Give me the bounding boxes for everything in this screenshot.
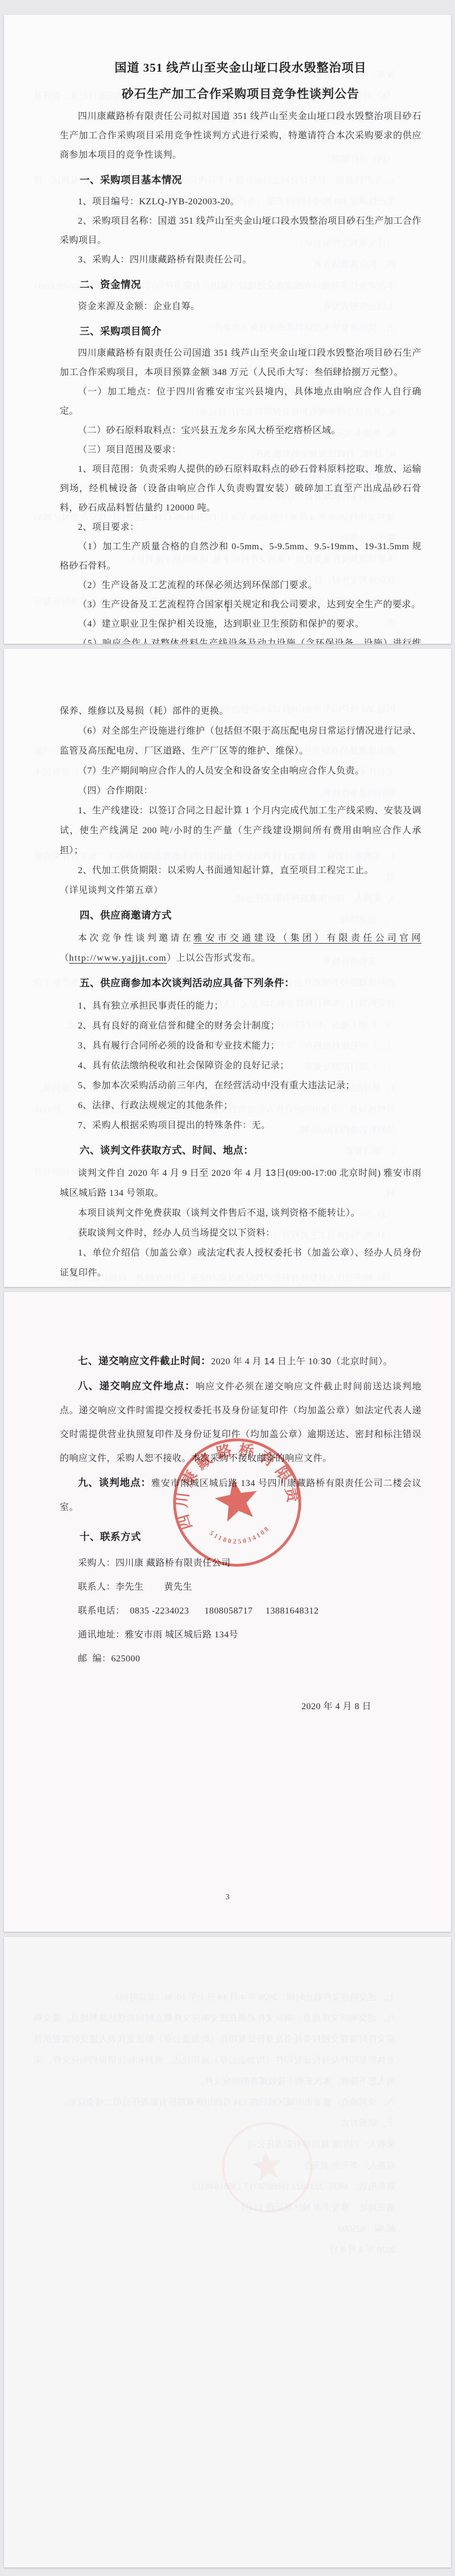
- text-line: （2）生产设备及工艺流程的环保必须达到环保部门要求。: [60, 576, 421, 595]
- text-line: 1、项目编号：KZLQ-JYB-202003-20。: [60, 192, 421, 212]
- text-line: 本次竞争性谈判邀请在雅安市交通建设（集团）有限责任公司官网（http://www…: [60, 928, 421, 968]
- text-line: （一）加工地点：位于四川省雅安市宝兴县境内，具体地点由响应合作人自行确定。: [60, 382, 421, 421]
- text-line: （二）砂石原料取料点：宝兴县五龙乡东风大桥至疙瘩桥区域。: [60, 421, 421, 441]
- text-line: 资金来源及金额：企业自筹。: [60, 297, 421, 316]
- page-1-content: 国道 351 线芦山至夹金山垭口段水毁整治项目砂石生产加工合作采购项目竞争性谈判…: [4, 15, 451, 644]
- document-title-line: 砂石生产加工合作采购项目竞争性谈判公告: [60, 81, 421, 107]
- text-line: 四川康藏路桥有限责任公司国道 351 线芦山至夹金山垭口段水毁整治项目砂石生产加…: [60, 344, 421, 382]
- section-heading: 四、供应商邀请方式: [60, 906, 421, 925]
- text-span: （: [60, 953, 69, 963]
- text-line: 4、具有依法缴纳税收和社会保障资金的良好记录；: [60, 1056, 421, 1076]
- text-line: 2、具有良好的商业信誉和健全的财务会计制度；: [60, 1016, 421, 1036]
- document-page-1: 保养、维修以及易损（耗）部件的更换。（6）对全部生产设施进行维护（包括但不限于高…: [4, 15, 451, 644]
- text-line: （7）生产期间响应合作人的人员安全和设备安全由响应合作人负责。: [60, 761, 421, 781]
- text-line: 联系电话： 0835 -2234023 1808058717 138816483…: [60, 1599, 421, 1623]
- document-title-line: 国道 351 线芦山至夹金山垭口段水毁整治项目: [60, 55, 421, 81]
- text-line: 获取谈判文件时，经办人员当场提交以下资料：: [60, 1223, 421, 1243]
- ghost-text-line: 七、递交响应文件截止时间：2020 年 4 月 14 日上午 10:30（北京时…: [34, 1987, 395, 2008]
- text-line: 2、代加工供货期限：以采购人书面通知起计算，直至项目工程完工止。: [60, 861, 421, 880]
- text-span: ）上以公告形式发布。: [167, 953, 260, 963]
- text-line: （三）项目范围及要求：: [60, 441, 421, 460]
- clause-lead: 七、递交响应文件截止时间：: [78, 1355, 211, 1367]
- text-line: 1、具有独立承担民事责任的能力；: [60, 996, 421, 1016]
- text-line: 邮 编：625000: [60, 1647, 421, 1671]
- date-line: 2020 年 4 月 8 日: [60, 1695, 421, 1719]
- scanned-document-canvas: { "document": { "pages": [ { "page_label…: [0, 0, 455, 2576]
- svg-text:5118025034108: 5118025034108: [207, 1519, 272, 1551]
- text-line: 6、法律、行政法规规定的其他条件；: [60, 1096, 421, 1116]
- clause-lead: 八、递交响应文件地点：: [78, 1380, 196, 1392]
- section-heading: 三、采购项目简介: [60, 322, 421, 341]
- text-line: 七、递交响应文件截止时间：2020 年 4 月 14 日上午 10:30（北京时…: [60, 1349, 421, 1374]
- document-page-3: 七、递交响应文件截止时间：2020 年 4 月 14 日上午 10:30（北京时…: [4, 1292, 451, 1932]
- clause-lead: 九、谈判地点：: [78, 1477, 151, 1488]
- page-number: 1: [4, 605, 451, 614]
- text-line: 保养、维修以及易损（耗）部件的更换。: [60, 701, 421, 721]
- text-line: （5）响应合作人对整体骨料生产线设备及动力设施（含环保设备、设施）进行维护、: [60, 634, 421, 644]
- seal-serial-text: 5118025034108: [207, 1519, 272, 1551]
- ghost-text-line: 联系人：李先生 黄先生: [34, 2155, 395, 2176]
- text-line: （四）合作期限：: [60, 781, 421, 801]
- text-line: 谈判文件自 2020 年 4 月 9 日至 2020 年 4 月 13日(09:…: [60, 1163, 421, 1203]
- patched-number: 13: [266, 1168, 276, 1178]
- text-line: 2、采购项目名称：国道 351 线芦山至夹金山垭口段水毁整治项目砂石生产加工合作…: [60, 212, 421, 250]
- ghost-text-line: 联系电话： 0835 -2234023 1808058717 138816483…: [34, 2176, 395, 2198]
- ghost-text-line: 八、递交响应文件地点：响应文件必须在递交响应文件截止时间前送达谈判地点。递交响应…: [34, 2008, 395, 2092]
- text-line: （1）加工生产质量合格的自然沙和 0-5mm、5-9.5mm、9.5-19mm、…: [60, 537, 421, 576]
- ghost-text-line: 2020 年 4 月 8 日: [34, 2240, 395, 2261]
- ghost-text-line: 邮 编：625000: [34, 2219, 395, 2240]
- text-line: 联系人：李先生 黄先生: [60, 1575, 421, 1599]
- underlined-text: http://www.yajjjt.com: [69, 953, 167, 963]
- star-icon: [212, 1476, 261, 1523]
- section-heading: 六、谈判文件获取方式、时间、地点：: [60, 1141, 421, 1161]
- text-line: 3、具有履行合同所必须的设备和专业技术能力；: [60, 1036, 421, 1056]
- ghost-text-line: 采购人：四川康 藏路桥有限责任公司: [34, 2134, 395, 2155]
- section-heading: 五、供应商参加本次谈判活动应具备下列条件：: [60, 973, 421, 993]
- text-line: 1、项目范围：负责采购人提供的砂石原料取料点的砂石骨料原料挖取、堆放、运输到场，…: [60, 460, 421, 518]
- page-number: 3: [4, 1893, 451, 1902]
- text-span: 本次竞争性谈判邀请在: [78, 933, 193, 943]
- text-span: 2020 年 4 月: [211, 1357, 264, 1367]
- text-span: （北京时间）。: [332, 1357, 393, 1367]
- text-line: 7、采购人根据采购项目提出的特殊条件：无。: [60, 1116, 421, 1135]
- bleed-through-ghost: 七、递交响应文件截止时间：2020 年 4 月 14 日上午 10:30（北京时…: [4, 1937, 451, 2567]
- seal-bleed-through-ghost: [214, 2114, 320, 2220]
- page-2-content: 保养、维修以及易损（耗）部件的更换。（6）对全部生产设施进行维护（包括但不限于高…: [4, 649, 451, 1287]
- patched-number: 14: [264, 1357, 275, 1367]
- text-line: 5、参加本次采购活动前三年内，在经营活动中没有重大违法记录；: [60, 1076, 421, 1096]
- document-page-2: 国道 351 线芦山至夹金山垭口段水毁整治项目砂石生产加工合作采购项目竞争性谈判…: [4, 649, 451, 1287]
- text-line: （4）建立职业卫生保护相关设施，达到职业卫生预防和保护的要求。: [60, 615, 421, 634]
- patched-number: 30: [321, 1357, 332, 1367]
- underlined-text: 雅安市交通建设（集团）有限责任公司官网: [193, 933, 421, 943]
- text-line: （详见谈判文件第五章）: [60, 880, 421, 900]
- text-line: （6）对全部生产设施进行维护（包括但不限于高压配电房日常运行情况进行记录、监管及…: [60, 721, 421, 761]
- text-line: 本项目谈判文件免费获取（谈判文件售后不退, 谈判资格不能转让）。: [60, 1203, 421, 1223]
- text-line: 2、项目要求：: [60, 518, 421, 537]
- text-line: 3、采购人：四川康藏路桥有限责任公司。: [60, 250, 421, 270]
- ghost-text-line: 九、谈判地点：雅安市雨城区城后路 134 号四川康藏路桥有限责任公司二楼会议室。: [34, 2092, 395, 2113]
- ghost-text-line: 通讯地址：雅安市雨 城区城后路 134号: [34, 2198, 395, 2219]
- text-line: 2、营业执照副本（或正本）复印件（加盖公章）。: [60, 1283, 421, 1287]
- section-heading: 二、资金情况: [60, 275, 421, 294]
- text-line: 1、生产线建设：以签订合同之日起计算 1 个月内完成代加工生产线采购、安装及调试…: [60, 801, 421, 861]
- text-span: 谈判文件自 2020 年 4 月 9 日至 2020 年 4 月: [78, 1168, 266, 1178]
- page-number: 2: [4, 1248, 451, 1257]
- section-heading: 一、采购项目基本情况: [60, 170, 421, 190]
- text-span: 日上午 10:: [275, 1357, 320, 1367]
- document-page-4-blank: 七、递交响应文件截止时间：2020 年 4 月 14 日上午 10:30（北京时…: [4, 1937, 451, 2567]
- company-seal-stamp: 四川康藏路桥有限责任公司 5118025034108: [159, 1425, 315, 1580]
- text-line: 四川康藏路桥有限责任公司拟对国道 351 线芦山至夹金山垭口段水毁整治项目砂石生…: [60, 107, 421, 165]
- text-line: 通讯地址：雅安市雨 城区城后路 134号: [60, 1623, 421, 1647]
